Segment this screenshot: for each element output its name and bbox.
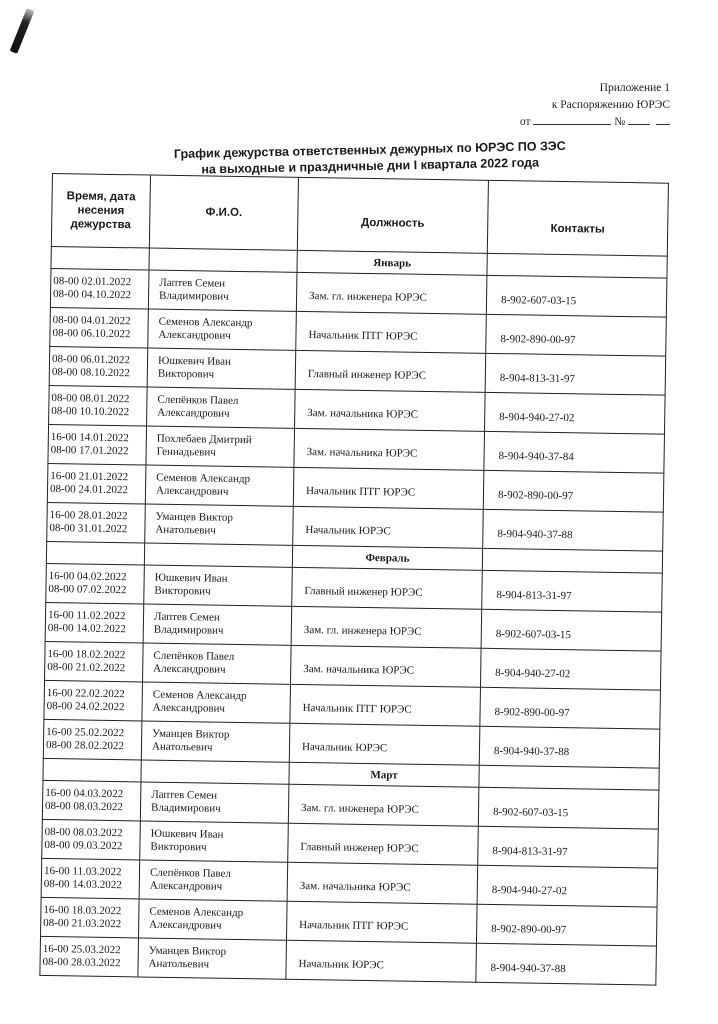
person-name-cell: Уманцев ВикторАнатольевич: [141, 721, 290, 762]
duty-end: 08-00 04.10.2022: [53, 288, 146, 302]
person-name-line1: Юшкевич Иван Викторович: [158, 355, 289, 383]
duty-schedule-table: Время, дата несения дежурства Ф.И.О. Дол…: [39, 173, 668, 986]
person-name-line2: Александрович: [149, 919, 280, 934]
duty-time-cell: 16-00 25.03.202208-00 28.03.2022: [40, 936, 139, 977]
contact-phone-cell: 8-902-890-00-97: [480, 687, 661, 729]
position-cell: Начальник ЮРЭС: [289, 723, 480, 765]
person-name-cell: Семенов АлександрАлександрович: [148, 309, 297, 350]
person-name-line2: Александрович: [153, 663, 284, 678]
header-name: Ф.И.О.: [149, 175, 298, 250]
person-name-line2: Александрович: [156, 485, 287, 500]
position-cell: Начальник ПТГ ЮРЭС: [286, 901, 477, 943]
position-cell: Главный инженер ЮРЭС: [295, 350, 486, 392]
position-cell: Начальник ЮРЭС: [293, 506, 484, 548]
empty-cell: [487, 253, 667, 278]
duty-time-cell: 16-00 11.02.202208-00 14.02.2022: [45, 602, 144, 643]
person-name-line2: Александрович: [157, 407, 288, 422]
person-name-cell: Слепёнков ПавелАлександрович: [143, 643, 292, 684]
contact-phone-cell: 8-904-813-31-97: [478, 826, 659, 868]
appendix-line2: к Распоряжению ЮРЭС: [520, 97, 670, 114]
contact-phone-cell: 8-902-607-03-15: [478, 787, 659, 829]
empty-cell: [46, 541, 144, 565]
person-name-line2: Владимирович: [154, 624, 285, 639]
person-name-cell: Юшкевич Иван Викторович: [144, 565, 293, 606]
duty-time-cell: 08-00 08.03.202208-00 09.03.2022: [42, 819, 141, 860]
person-name-cell: Похлебаев ДмитрийГеннадьевич: [146, 426, 295, 467]
position-cell: Зам. гл. инженера ЮРЭС: [296, 272, 487, 314]
duty-time-cell: 08-00 06.01.202208-00 08.10.2022: [49, 346, 148, 387]
contact-phone-cell: 8-904-940-37-88: [483, 509, 664, 551]
table-row: 16-00 25.03.202208-00 28.03.2022Уманцев …: [40, 936, 657, 985]
contact-phone-cell: 8-904-813-31-97: [482, 570, 663, 612]
person-name-line2: Александрович: [150, 880, 281, 895]
empty-cell: [51, 246, 149, 270]
duty-time-cell: 16-00 22.02.202208-00 24.02.2022: [44, 680, 143, 721]
table-header-row: Время, дата несения дежурства Ф.И.О. Дол…: [51, 174, 668, 257]
position-cell: Зам. начальника ЮРЭС: [295, 389, 486, 431]
person-name-cell: Юшкевич Иван Викторович: [140, 821, 289, 862]
person-name-line2: Анатольевич: [155, 524, 286, 539]
contact-phone-cell: 8-904-940-27-02: [477, 865, 658, 907]
person-name-cell: Лаптев СеменВладимирович: [143, 604, 292, 645]
position-cell: Главный инженер ЮРЭС: [292, 567, 483, 609]
duty-end: 08-00 06.10.2022: [52, 327, 145, 341]
document-title: График дежурства ответственных дежурных …: [150, 137, 591, 178]
position-cell: Начальник ПТГ ЮРЭС: [290, 684, 481, 726]
duty-time-cell: 16-00 14.01.202208-00 17.01.2022: [48, 424, 147, 465]
position-cell: Начальник ПТГ ЮРЭС: [296, 311, 487, 353]
duty-time-cell: 08-00 04.01.202208-00 06.10.2022: [50, 307, 149, 348]
contact-phone-cell: 8-904-940-37-84: [484, 431, 665, 473]
duty-end: 08-00 17.01.2022: [51, 444, 144, 458]
duty-end: 08-00 21.03.2022: [43, 917, 136, 931]
duty-time-cell: 16-00 18.03.202208-00 21.03.2022: [41, 897, 140, 938]
position-cell: Начальник ЮРЭС: [286, 940, 477, 982]
month-label: Февраль: [292, 545, 482, 570]
position-cell: Зам. гл. инженера ЮРЭС: [291, 606, 482, 648]
duty-time-cell: 16-00 25.02.202208-00 28.02.2022: [43, 719, 142, 760]
empty-cell: [482, 548, 662, 573]
duty-time-cell: 08-00 02.01.202208-00 04.10.2022: [50, 268, 149, 309]
person-name-cell: Лаптев СеменВладимирович: [148, 270, 297, 311]
person-name-line1: Юшкевич Иван Викторович: [154, 572, 285, 600]
contact-phone-cell: 8-904-940-37-88: [479, 726, 660, 768]
scan-artifact-mark: [10, 8, 35, 54]
person-name-cell: Уманцев ВикторАнатольевич: [145, 504, 294, 545]
date-blank: [533, 114, 611, 125]
person-name-cell: Уманцев ВикторАнатольевич: [138, 938, 287, 979]
person-name-cell: Слепёнков ПавелАлександрович: [147, 387, 296, 428]
header-position: Должность: [297, 177, 488, 253]
person-name-cell: Юшкевич Иван Викторович: [147, 348, 296, 389]
duty-end: 08-00 07.02.2022: [48, 583, 141, 597]
contact-phone-cell: 8-902-890-00-97: [486, 314, 667, 356]
appendix-header: Приложение 1 к Распоряжению ЮРЭС от №: [520, 80, 670, 131]
empty-cell: [141, 760, 289, 784]
person-name-line2: Анатольевич: [148, 958, 279, 973]
duty-end: 08-00 08.03.2022: [45, 800, 138, 814]
duty-end: 08-00 31.01.2022: [49, 522, 142, 536]
person-name-cell: Слепёнков ПавелАлександрович: [139, 860, 288, 901]
person-name-line2: Геннадьевич: [157, 446, 288, 461]
duty-time-cell: 16-00 28.01.202208-00 31.01.2022: [47, 502, 146, 543]
duty-end: 08-00 24.02.2022: [47, 700, 140, 714]
person-name-line1: Юшкевич Иван Викторович: [150, 828, 281, 856]
contact-phone-cell: 8-902-607-03-15: [481, 609, 662, 651]
person-name-line2: Александрович: [153, 702, 284, 717]
contact-phone-cell: 8-902-890-00-97: [483, 470, 664, 512]
position-cell: Зам. начальника ЮРЭС: [287, 862, 478, 904]
duty-time-cell: 16-00 21.01.202208-00 24.01.2022: [47, 463, 146, 504]
empty-cell: [144, 543, 292, 567]
duty-end: 08-00 28.02.2022: [46, 739, 139, 753]
person-name-cell: Семенов АлександрАлександрович: [145, 465, 294, 506]
duty-time-cell: 16-00 18.02.202208-00 21.02.2022: [45, 641, 144, 682]
person-name-cell: Лаптев СеменВладимирович: [140, 782, 289, 823]
position-cell: Зам. начальника ЮРЭС: [294, 428, 485, 470]
schedule-body: Январь08-00 02.01.202208-00 04.10.2022Ла…: [40, 246, 667, 985]
duty-end: 08-00 08.10.2022: [52, 366, 145, 380]
header-contacts: Контакты: [487, 180, 668, 256]
duty-end: 08-00 28.03.2022: [42, 956, 135, 970]
contact-phone-cell: 8-904-940-27-02: [484, 392, 665, 434]
position-cell: Главный инженер ЮРЭС: [288, 823, 479, 865]
duty-end: 08-00 24.01.2022: [50, 483, 143, 497]
contact-phone-cell: 8-902-607-03-15: [486, 275, 667, 317]
person-name-line2: Анатольевич: [152, 741, 283, 756]
duty-time-cell: 16-00 04.02.202208-00 07.02.2022: [46, 563, 145, 604]
person-name-line2: Владимирович: [151, 802, 282, 817]
duty-end: 08-00 21.02.2022: [47, 661, 140, 675]
duty-end: 08-00 10.10.2022: [51, 405, 144, 419]
empty-cell: [43, 758, 141, 782]
contact-phone-cell: 8-904-813-31-97: [485, 353, 666, 395]
number-prefix: №: [614, 116, 625, 128]
contact-phone-cell: 8-902-890-00-97: [476, 904, 657, 946]
duty-end: 08-00 09.03.2022: [44, 839, 137, 853]
contact-phone-cell: 8-904-940-37-88: [476, 943, 657, 985]
duty-time-cell: 16-00 04.03.202208-00 08.03.2022: [42, 780, 141, 821]
number-blank-2: [656, 114, 670, 125]
header-time: Время, дата несения дежурства: [51, 174, 150, 249]
duty-end: 08-00 14.02.2022: [48, 622, 141, 636]
order-date-number-line: от №: [520, 114, 670, 131]
empty-cell: [479, 765, 659, 790]
position-cell: Зам. гл. инженера ЮРЭС: [288, 784, 479, 826]
contact-phone-cell: 8-904-940-27-02: [480, 648, 661, 690]
position-cell: Начальник ПТГ ЮРЭС: [293, 467, 484, 509]
empty-cell: [149, 248, 297, 272]
date-prefix: от: [520, 116, 531, 128]
month-label: Март: [289, 762, 479, 787]
duty-end: 08-00 14.03.2022: [44, 878, 137, 892]
duty-time-cell: 16-00 11.03.202208-00 14.03.2022: [41, 858, 140, 899]
number-blank: [628, 114, 650, 125]
person-name-line2: Владимирович: [159, 290, 290, 305]
month-label: Январь: [297, 250, 487, 275]
position-cell: Зам. начальника ЮРЭС: [290, 645, 481, 687]
person-name-cell: Семенов АлександрАлександрович: [138, 899, 287, 940]
duty-time-cell: 08-00 08.01.202208-00 10.10.2022: [49, 385, 148, 426]
person-name-line2: Александрович: [158, 329, 289, 344]
appendix-line1: Приложение 1: [520, 80, 670, 97]
person-name-cell: Семенов АлександрАлександрович: [142, 682, 291, 723]
